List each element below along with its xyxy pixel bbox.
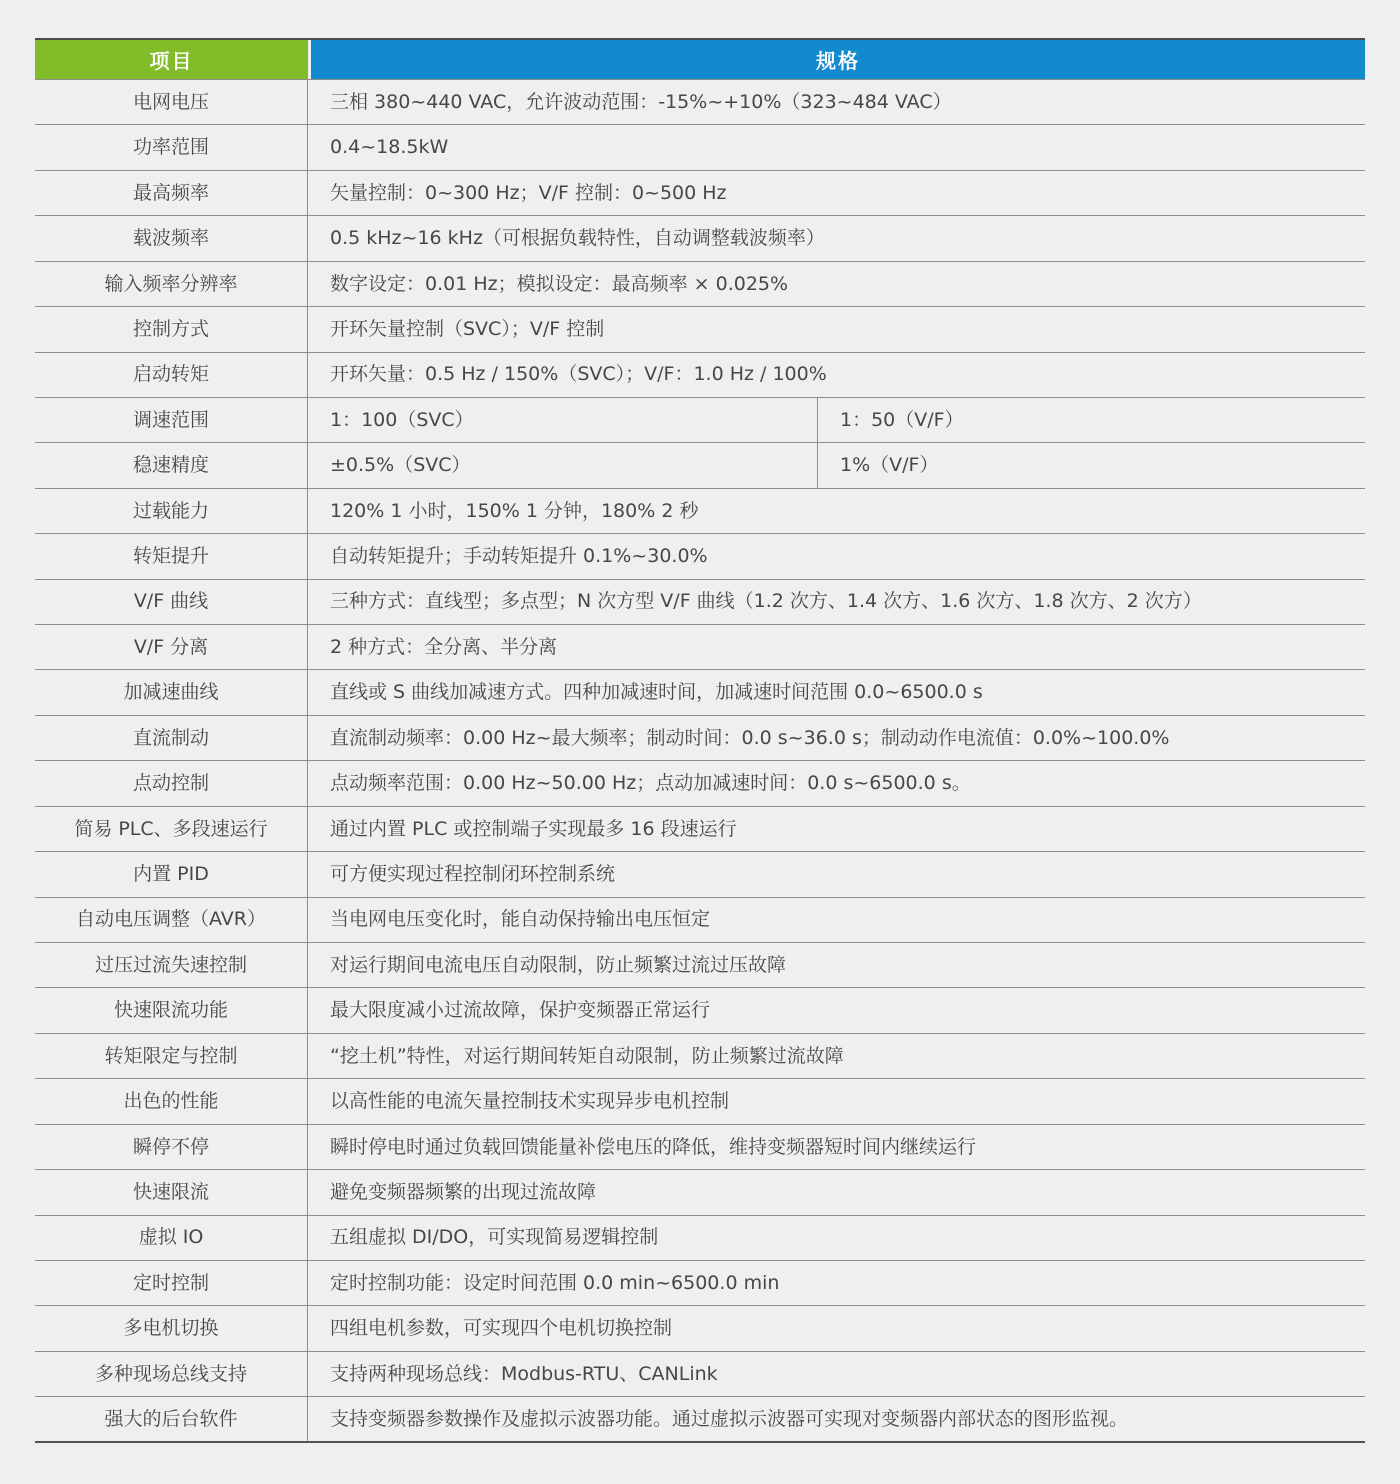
row-spec-value: 数字设定：0.01 Hz；模拟设定：最高频率 × 0.025% — [308, 262, 1365, 306]
row-spec-value: “挖土机”特性，对运行期间转矩自动限制，防止频繁过流故障 — [308, 1034, 1365, 1078]
row-item-label: 输入频率分辨率 — [35, 262, 308, 306]
row-item-label: 定时控制 — [35, 1261, 308, 1305]
row-item-label: 快速限流 — [35, 1170, 308, 1214]
table-row: 启动转矩开环矢量：0.5 Hz / 150%（SVC）；V/F：1.0 Hz /… — [35, 353, 1365, 398]
row-spec-value: 通过内置 PLC 或控制端子实现最多 16 段速运行 — [308, 807, 1365, 851]
row-spec-value: 直线或 S 曲线加减速方式。四种加减速时间，加减速时间范围 0.0~6500.0… — [308, 670, 1365, 714]
row-item-label: 最高频率 — [35, 171, 308, 215]
table-row: 定时控制定时控制功能：设定时间范围 0.0 min~6500.0 min — [35, 1261, 1365, 1306]
row-item-label: 稳速精度 — [35, 443, 308, 487]
table-row: V/F 曲线三种方式：直线型；多点型；N 次方型 V/F 曲线（1.2 次方、1… — [35, 580, 1365, 625]
table-row: 过压过流失速控制对运行期间电流电压自动限制，防止频繁过流过压故障 — [35, 943, 1365, 988]
row-item-label: 过压过流失速控制 — [35, 943, 308, 987]
row-item-label: V/F 曲线 — [35, 580, 308, 624]
table-row: 电网电压三相 380~440 VAC，允许波动范围：-15%~+10%（323~… — [35, 80, 1365, 125]
table-row: 过载能力120% 1 小时，150% 1 分钟，180% 2 秒 — [35, 489, 1365, 534]
row-item-label: 强大的后台软件 — [35, 1397, 308, 1440]
table-row: 内置 PID可方便实现过程控制闭环控制系统 — [35, 852, 1365, 897]
table-row: 功率范围0.4~18.5kW — [35, 125, 1365, 170]
row-item-label: 瞬停不停 — [35, 1125, 308, 1169]
table-row: 快速限流避免变频器频繁的出现过流故障 — [35, 1170, 1365, 1215]
table-row: 瞬停不停瞬时停电时通过负载回馈能量补偿电压的降低，维持变频器短时间内继续运行 — [35, 1125, 1365, 1170]
table-row: 转矩限定与控制“挖土机”特性，对运行期间转矩自动限制，防止频繁过流故障 — [35, 1034, 1365, 1079]
table-row: 稳速精度±0.5%（SVC）1%（V/F） — [35, 443, 1365, 488]
header-cell-spec: 规格 — [311, 40, 1365, 79]
row-item-label: 控制方式 — [35, 307, 308, 351]
spec-sheet-page: 项目 规格 电网电压三相 380~440 VAC，允许波动范围：-15%~+10… — [0, 0, 1400, 1484]
table-row: 点动控制点动频率范围：0.00 Hz~50.00 Hz；点动加减速时间：0.0 … — [35, 761, 1365, 806]
row-spec-value: 开环矢量控制（SVC）；V/F 控制 — [308, 307, 1365, 351]
row-spec-value: 定时控制功能：设定时间范围 0.0 min~6500.0 min — [308, 1261, 1365, 1305]
row-item-label: 调速范围 — [35, 398, 308, 442]
row-spec-value: 120% 1 小时，150% 1 分钟，180% 2 秒 — [308, 489, 1365, 533]
row-item-label: 功率范围 — [35, 125, 308, 169]
row-item-label: 快速限流功能 — [35, 988, 308, 1032]
row-spec-value: 三种方式：直线型；多点型；N 次方型 V/F 曲线（1.2 次方、1.4 次方、… — [308, 580, 1365, 624]
table-body: 电网电压三相 380~440 VAC，允许波动范围：-15%~+10%（323~… — [35, 80, 1365, 1443]
row-spec-value: 点动频率范围：0.00 Hz~50.00 Hz；点动加减速时间：0.0 s~65… — [308, 761, 1365, 805]
table-row: 调速范围1：100（SVC）1：50（V/F） — [35, 398, 1365, 443]
row-item-label: 加减速曲线 — [35, 670, 308, 714]
table-row: 控制方式开环矢量控制（SVC）；V/F 控制 — [35, 307, 1365, 352]
row-item-label: 过载能力 — [35, 489, 308, 533]
row-item-label: 多电机切换 — [35, 1306, 308, 1350]
row-spec-value: 直流制动频率：0.00 Hz~最大频率；制动时间：0.0 s~36.0 s；制动… — [308, 716, 1365, 760]
row-spec-value-vf: 1：50（V/F） — [818, 398, 1365, 442]
table-row: 自动电压调整（AVR）当电网电压变化时，能自动保持输出电压恒定 — [35, 898, 1365, 943]
row-item-label: 转矩限定与控制 — [35, 1034, 308, 1078]
table-row: 载波频率0.5 kHz~16 kHz（可根据负载特性，自动调整载波频率） — [35, 216, 1365, 261]
spec-table: 项目 规格 电网电压三相 380~440 VAC，允许波动范围：-15%~+10… — [35, 38, 1365, 1443]
row-spec-value: 矢量控制：0~300 Hz；V/F 控制：0~500 Hz — [308, 171, 1365, 215]
table-row: 输入频率分辨率数字设定：0.01 Hz；模拟设定：最高频率 × 0.025% — [35, 262, 1365, 307]
row-spec-value: 2 种方式：全分离、半分离 — [308, 625, 1365, 669]
table-row: 直流制动直流制动频率：0.00 Hz~最大频率；制动时间：0.0 s~36.0 … — [35, 716, 1365, 761]
row-spec-value: 支持变频器参数操作及虚拟示波器功能。通过虚拟示波器可实现对变频器内部状态的图形监… — [308, 1397, 1365, 1440]
table-row: 转矩提升自动转矩提升；手动转矩提升 0.1%~30.0% — [35, 534, 1365, 579]
row-spec-value: 当电网电压变化时，能自动保持输出电压恒定 — [308, 898, 1365, 942]
table-row: 多电机切换四组电机参数，可实现四个电机切换控制 — [35, 1306, 1365, 1351]
row-item-label: 多种现场总线支持 — [35, 1352, 308, 1396]
row-item-label: 虚拟 IO — [35, 1216, 308, 1260]
row-spec-value: 0.5 kHz~16 kHz（可根据负载特性，自动调整载波频率） — [308, 216, 1365, 260]
row-spec-value-vf: 1%（V/F） — [818, 443, 1365, 487]
header-cell-item: 项目 — [35, 40, 308, 79]
row-spec-value: 可方便实现过程控制闭环控制系统 — [308, 852, 1365, 896]
table-row: 快速限流功能最大限度减小过流故障，保护变频器正常运行 — [35, 988, 1365, 1033]
row-item-label: V/F 分离 — [35, 625, 308, 669]
table-row: 虚拟 IO五组虚拟 DI/DO，可实现简易逻辑控制 — [35, 1216, 1365, 1261]
table-row: 最高频率矢量控制：0~300 Hz；V/F 控制：0~500 Hz — [35, 171, 1365, 216]
table-row: 加减速曲线直线或 S 曲线加减速方式。四种加减速时间，加减速时间范围 0.0~6… — [35, 670, 1365, 715]
table-header-row: 项目 规格 — [35, 38, 1365, 80]
row-spec-value-svc: ±0.5%（SVC） — [308, 443, 818, 487]
row-spec-value: 0.4~18.5kW — [308, 125, 1365, 169]
row-spec-value: 开环矢量：0.5 Hz / 150%（SVC）；V/F：1.0 Hz / 100… — [308, 353, 1365, 397]
row-item-label: 载波频率 — [35, 216, 308, 260]
row-spec-value: 瞬时停电时通过负载回馈能量补偿电压的降低，维持变频器短时间内继续运行 — [308, 1125, 1365, 1169]
row-spec-value: 支持两种现场总线：Modbus-RTU、CANLink — [308, 1352, 1365, 1396]
row-spec-value: 四组电机参数，可实现四个电机切换控制 — [308, 1306, 1365, 1350]
row-spec-value: 最大限度减小过流故障，保护变频器正常运行 — [308, 988, 1365, 1032]
row-spec-value: 五组虚拟 DI/DO，可实现简易逻辑控制 — [308, 1216, 1365, 1260]
row-item-label: 内置 PID — [35, 852, 308, 896]
table-row: 简易 PLC、多段速运行通过内置 PLC 或控制端子实现最多 16 段速运行 — [35, 807, 1365, 852]
table-row: 多种现场总线支持支持两种现场总线：Modbus-RTU、CANLink — [35, 1352, 1365, 1397]
row-item-label: 直流制动 — [35, 716, 308, 760]
row-item-label: 简易 PLC、多段速运行 — [35, 807, 308, 851]
row-spec-value: 自动转矩提升；手动转矩提升 0.1%~30.0% — [308, 534, 1365, 578]
table-row: V/F 分离2 种方式：全分离、半分离 — [35, 625, 1365, 670]
row-item-label: 转矩提升 — [35, 534, 308, 578]
row-item-label: 启动转矩 — [35, 353, 308, 397]
row-item-label: 出色的性能 — [35, 1079, 308, 1123]
row-spec-value: 三相 380~440 VAC，允许波动范围：-15%~+10%（323~484 … — [308, 80, 1365, 124]
row-spec-value-svc: 1：100（SVC） — [308, 398, 818, 442]
row-item-label: 点动控制 — [35, 761, 308, 805]
row-item-label: 自动电压调整（AVR） — [35, 898, 308, 942]
row-spec-value: 以高性能的电流矢量控制技术实现异步电机控制 — [308, 1079, 1365, 1123]
table-row: 出色的性能以高性能的电流矢量控制技术实现异步电机控制 — [35, 1079, 1365, 1124]
table-row: 强大的后台软件支持变频器参数操作及虚拟示波器功能。通过虚拟示波器可实现对变频器内… — [35, 1397, 1365, 1442]
row-item-label: 电网电压 — [35, 80, 308, 124]
row-spec-value: 避免变频器频繁的出现过流故障 — [308, 1170, 1365, 1214]
row-spec-value: 对运行期间电流电压自动限制，防止频繁过流过压故障 — [308, 943, 1365, 987]
